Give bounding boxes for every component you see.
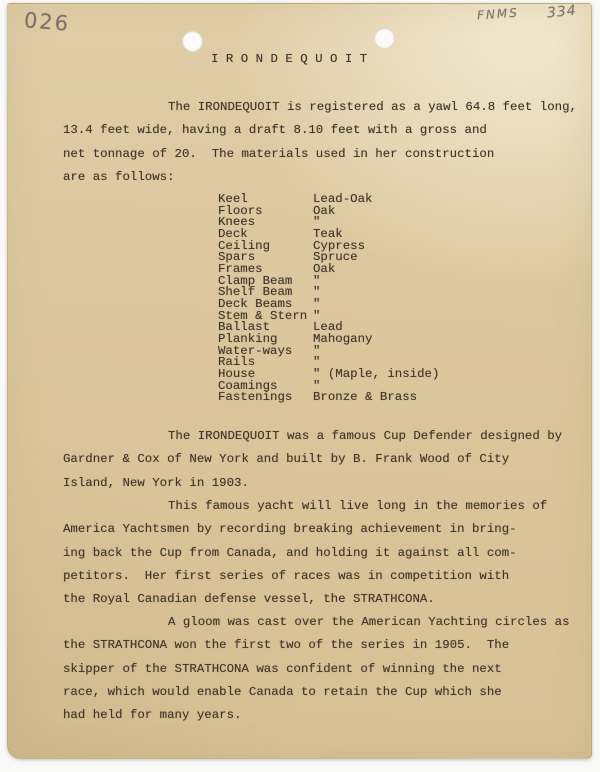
handwritten-code: FNMS xyxy=(477,6,520,23)
text-line: The IRONDEQUOIT is registered as a yawl … xyxy=(63,96,563,119)
text-line: Island, New York in 1903. xyxy=(63,472,563,495)
text-line: America Yachtsmen by recording breaking … xyxy=(63,518,563,541)
text-line: petitors. Her first series of races was … xyxy=(63,565,563,588)
material-name: Fastenings xyxy=(218,392,313,404)
text-line: 13.4 feet wide, having a draft 8.10 feet… xyxy=(63,119,563,142)
text-line: are as follows: xyxy=(63,166,563,189)
text-line: skipper of the STRATHCONA was confident … xyxy=(63,658,563,681)
handwritten-page-number: 334 xyxy=(546,2,577,21)
material-value: Bronze & Brass xyxy=(313,390,417,404)
text-line: the STRATHCONA won the first two of the … xyxy=(63,634,563,657)
history-paragraph-1: The IRONDEQUOIT was a famous Cup Defende… xyxy=(63,425,563,495)
text-line: the Royal Canadian defense vessel, the S… xyxy=(63,588,563,611)
history-paragraph-2: This famous yacht will live long in the … xyxy=(63,495,563,611)
material-value: " (Maple, inside) xyxy=(313,367,439,381)
text-line: ing back the Cup from Canada, and holdin… xyxy=(63,542,563,565)
punch-hole-right xyxy=(374,28,395,49)
intro-paragraph: The IRONDEQUOIT is registered as a yawl … xyxy=(63,96,563,189)
document-title: I R O N D E Q U O I T xyxy=(211,52,367,66)
text-line: This famous yacht will live long in the … xyxy=(63,495,563,518)
material-value: Mahogany xyxy=(313,332,373,346)
text-line: A gloom was cast over the American Yacht… xyxy=(63,611,563,634)
text-line: net tonnage of 20. The materials used in… xyxy=(63,143,563,166)
text-line: Gardner & Cox of New York and built by B… xyxy=(63,448,563,471)
scan-background: 026 FNMS 334 I R O N D E Q U O I T The I… xyxy=(0,0,600,772)
materials-table: KeelLead-Oak FloorsOak Knees" DeckTeak C… xyxy=(218,194,439,404)
punch-hole-left xyxy=(182,31,203,52)
text-line: had held for many years. xyxy=(63,704,563,727)
text-line: race, which would enable Canada to retai… xyxy=(63,681,563,704)
history-paragraph-3: A gloom was cast over the American Yacht… xyxy=(63,611,563,727)
handwritten-folio-number: 026 xyxy=(23,8,71,36)
materials-row: FasteningsBronze & Brass xyxy=(218,392,439,404)
text-line: The IRONDEQUOIT was a famous Cup Defende… xyxy=(63,425,563,448)
